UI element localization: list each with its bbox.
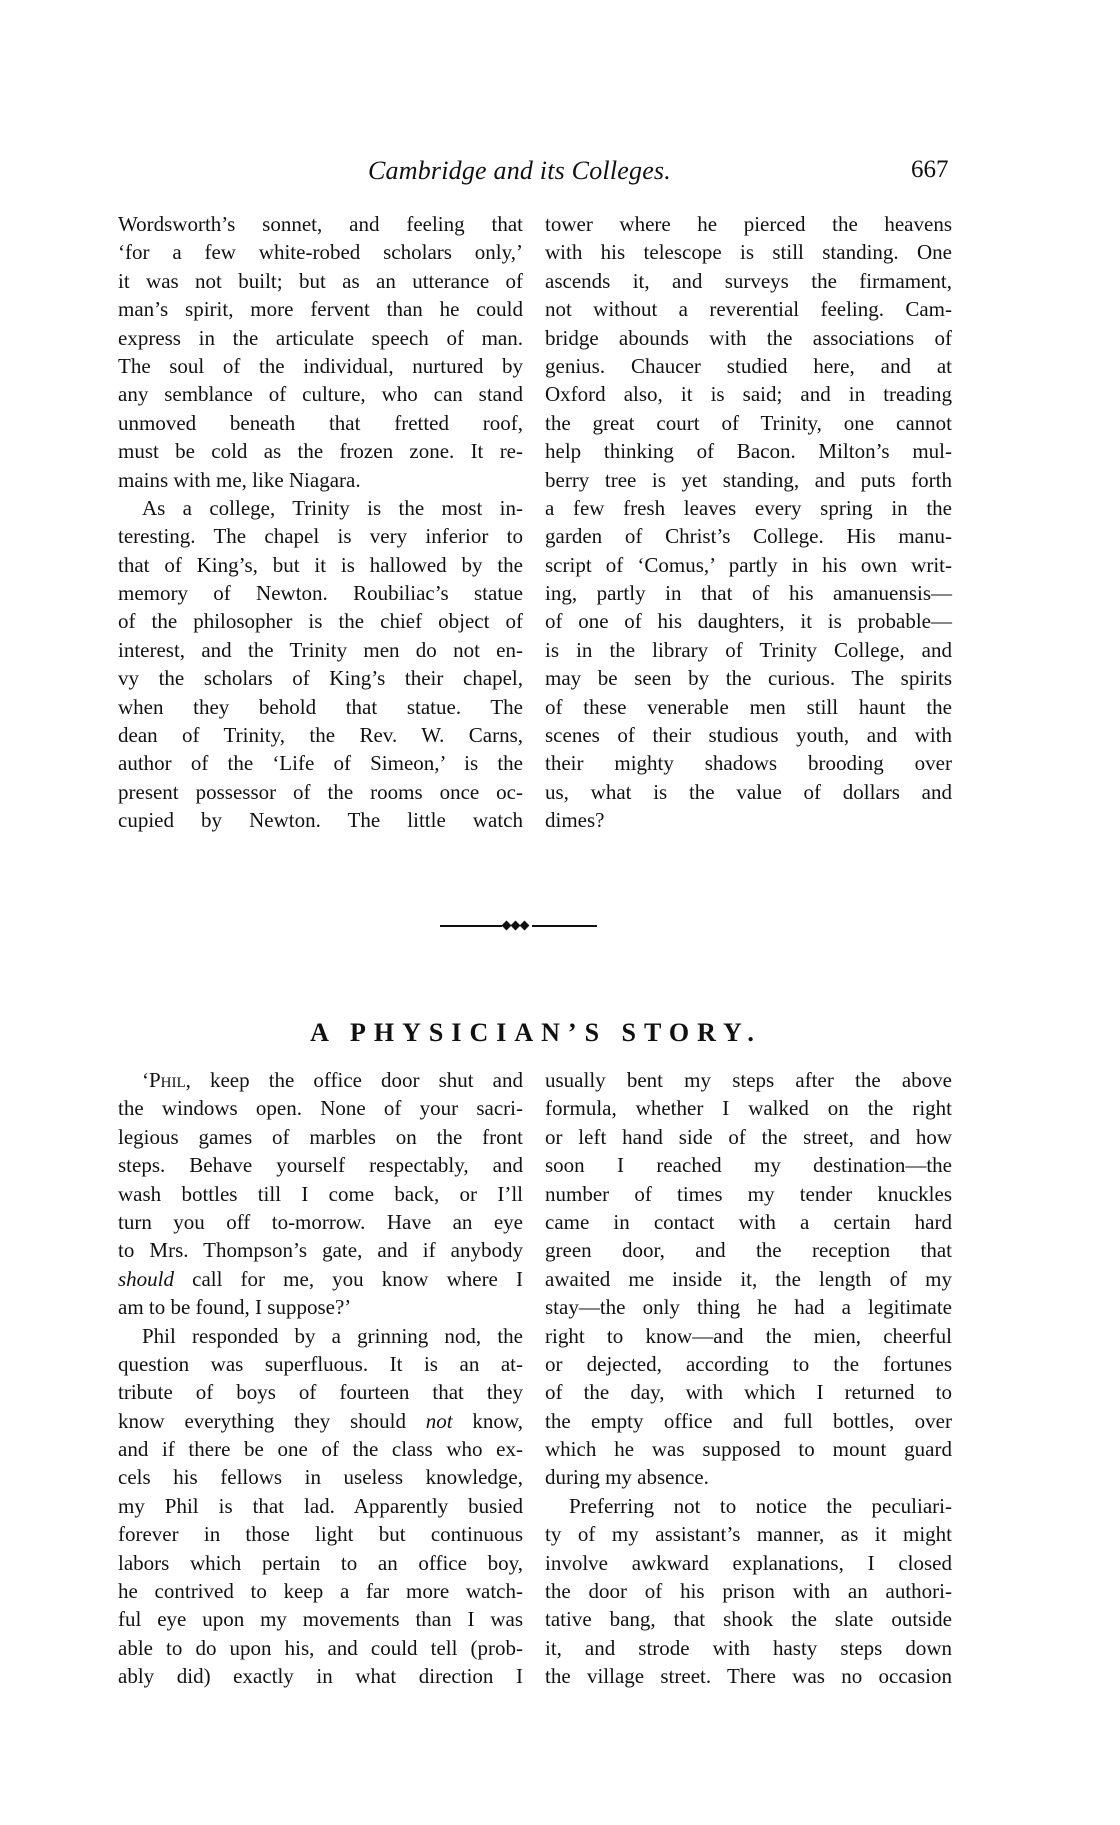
text-line: he contrived to keep a far more watch- [118, 1577, 523, 1605]
italic-word: not [426, 1409, 453, 1433]
text-line: labors which pertain to an office boy, [118, 1549, 523, 1577]
text-line: the great court of Trinity, one cannot [545, 409, 952, 437]
text-line: during my absence. [545, 1463, 952, 1491]
text-line: interest, and the Trinity men do not en- [118, 636, 523, 664]
text-line: The soul of the individual, nurtured by [118, 352, 523, 380]
page-number: 667 [911, 156, 949, 184]
text-line: cupied by Newton. The little watch [118, 806, 523, 834]
open-quote: ‘ [142, 1068, 149, 1092]
text-line: Oxford also, it is said; and in treading [545, 380, 952, 408]
text-line: of the day, with which I returned to [545, 1378, 952, 1406]
text-line: to Mrs. Thompson’s gate, and if anybody [118, 1236, 523, 1264]
running-title: Cambridge and its Colleges. [368, 156, 671, 186]
text-line: is in the library of Trinity College, an… [545, 636, 952, 664]
story-title: A PHYSICIAN’S STORY. [0, 1018, 1072, 1048]
text-line: present possessor of the rooms once oc- [118, 778, 523, 806]
text-line: ful eye upon my movements than I was [118, 1605, 523, 1633]
text-line: must be cold as the frozen zone. It re- [118, 437, 523, 465]
text-line: ty of my assistant’s manner, as it might [545, 1520, 952, 1548]
text-line: that of King’s, but it is hallowed by th… [118, 551, 523, 579]
text-line: soon I reached my destination—the [545, 1151, 952, 1179]
text-line: my Phil is that lad. Apparently busied [118, 1492, 523, 1520]
text-line: tribute of boys of fourteen that they [118, 1378, 523, 1406]
text-line: question was superfluous. It is an at- [118, 1350, 523, 1378]
text-line: of one of his daughters, it is probable— [545, 607, 952, 635]
text-line: the windows open. None of your sacri- [118, 1094, 523, 1122]
text-line: tower where he pierced the heavens [545, 210, 952, 238]
article2-left-column: ‘Phil, keep the office door shut and the… [118, 1066, 523, 1691]
text-line: scenes of their studious youth, and with [545, 721, 952, 749]
text-line: any semblance of culture, who can stand [118, 380, 523, 408]
text-run: know, [453, 1409, 523, 1433]
text-line: As a college, Trinity is the most in- [118, 494, 523, 522]
text-line: or left hand side of the street, and how [545, 1123, 952, 1151]
text-line: it, and strode with hasty steps down [545, 1634, 952, 1662]
text-line: us, what is the value of dollars and [545, 778, 952, 806]
text-line: should call for me, you know where I [118, 1265, 523, 1293]
article1-left-column: Wordsworth’s sonnet, and feeling that‘fo… [118, 210, 523, 835]
article1-right-column: tower where he pierced the heavenswith h… [545, 210, 952, 835]
text-line: man’s spirit, more fervent than he could [118, 295, 523, 323]
text-line: number of times my tender knuckles [545, 1180, 952, 1208]
text-line: script of ‘Comus,’ partly in his own wri… [545, 551, 952, 579]
text-line: garden of Christ’s College. His manu- [545, 522, 952, 550]
italic-word: should [118, 1267, 174, 1291]
text-line: memory of Newton. Roubiliac’s statue [118, 579, 523, 607]
text-line: wash bottles till I come back, or I’ll [118, 1180, 523, 1208]
smallcaps-name: Phil [149, 1068, 186, 1092]
text-line: or dejected, according to the fortunes [545, 1350, 952, 1378]
text-line: express in the articulate speech of man. [118, 324, 523, 352]
text-line: ‘for a few white-robed scholars only,’ [118, 238, 523, 266]
text-line: know everything they should not know, [118, 1407, 523, 1435]
divider-ornament-icon [520, 921, 530, 931]
text-line: ‘Phil, keep the office door shut and [118, 1066, 523, 1094]
text-line: bridge abounds with the associations of [545, 324, 952, 352]
text-line: may be seen by the curious. The spirits [545, 664, 952, 692]
article2-right-column: usually bent my steps after the abovefor… [545, 1066, 952, 1691]
text-line: came in contact with a certain hard [545, 1208, 952, 1236]
text-line: tative bang, that shook the slate outsid… [545, 1605, 952, 1633]
text-line: steps. Behave yourself respectably, and [118, 1151, 523, 1179]
text-line: dimes? [545, 806, 952, 834]
text-line: teresting. The chapel is very inferior t… [118, 522, 523, 550]
text-line: right to know—and the mien, cheerful [545, 1322, 952, 1350]
text-line: and if there be one of the class who ex- [118, 1435, 523, 1463]
text-line: help thinking of Bacon. Milton’s mul- [545, 437, 952, 465]
text-line: of the philosopher is the chief object o… [118, 607, 523, 635]
text-line: Wordsworth’s sonnet, and feeling that [118, 210, 523, 238]
text-line: ing, partly in that of his amanuensis— [545, 579, 952, 607]
divider-rule-left [440, 925, 502, 927]
text-line: Phil responded by a grinning nod, the [118, 1322, 523, 1350]
text-line: Preferring not to notice the peculiari- [545, 1492, 952, 1520]
text-line: able to do upon his, and could tell (pro… [118, 1634, 523, 1662]
text-line: author of the ‘Life of Simeon,’ is the [118, 749, 523, 777]
text-line: cels his fellows in useless knowledge, [118, 1463, 523, 1491]
text-line: which he was supposed to mount guard [545, 1435, 952, 1463]
text-line: the door of his prison with an authori- [545, 1577, 952, 1605]
divider-rule-right [532, 925, 597, 927]
text-line: awaited me inside it, the length of my [545, 1265, 952, 1293]
text-line: am to be found, I suppose?’ [118, 1293, 523, 1321]
text-line: the empty office and full bottles, over [545, 1407, 952, 1435]
text-line: vy the scholars of King’s their chapel, [118, 664, 523, 692]
text-run: , keep the office door shut and [186, 1068, 523, 1092]
running-head: Cambridge and its Colleges. 667 [0, 156, 1120, 190]
text-line: with his telescope is still standing. On… [545, 238, 952, 266]
text-line: of these venerable men still haunt the [545, 693, 952, 721]
text-line: forever in those light but continuous [118, 1520, 523, 1548]
page: Cambridge and its Colleges. 667 Wordswor… [0, 0, 1120, 1825]
text-line: unmoved beneath that fretted roof, [118, 409, 523, 437]
text-line: ably did) exactly in what direction I [118, 1662, 523, 1690]
text-line: berry tree is yet standing, and puts for… [545, 466, 952, 494]
section-divider [440, 921, 597, 931]
text-line: genius. Chaucer studied here, and at [545, 352, 952, 380]
text-line: ascends it, and surveys the firmament, [545, 267, 952, 295]
text-line: green door, and the reception that [545, 1236, 952, 1264]
text-line: usually bent my steps after the above [545, 1066, 952, 1094]
text-line: mains with me, like Niagara. [118, 466, 523, 494]
text-line: dean of Trinity, the Rev. W. Carns, [118, 721, 523, 749]
text-line: involve awkward explanations, I closed [545, 1549, 952, 1577]
text-line: their mighty shadows brooding over [545, 749, 952, 777]
text-run: call for me, you know where I [174, 1267, 523, 1291]
text-line: formula, whether I walked on the right [545, 1094, 952, 1122]
text-line: turn you off to-morrow. Have an eye [118, 1208, 523, 1236]
text-line: not without a reverential feeling. Cam- [545, 295, 952, 323]
text-line: legious games of marbles on the front [118, 1123, 523, 1151]
text-line: when they behold that statue. The [118, 693, 523, 721]
text-line: a few fresh leaves every spring in the [545, 494, 952, 522]
text-run: know everything they should [118, 1409, 426, 1433]
text-line: stay—the only thing he had a legitimate [545, 1293, 952, 1321]
text-line: the village street. There was no occasio… [545, 1662, 952, 1690]
text-line: it was not built; but as an utterance of [118, 267, 523, 295]
